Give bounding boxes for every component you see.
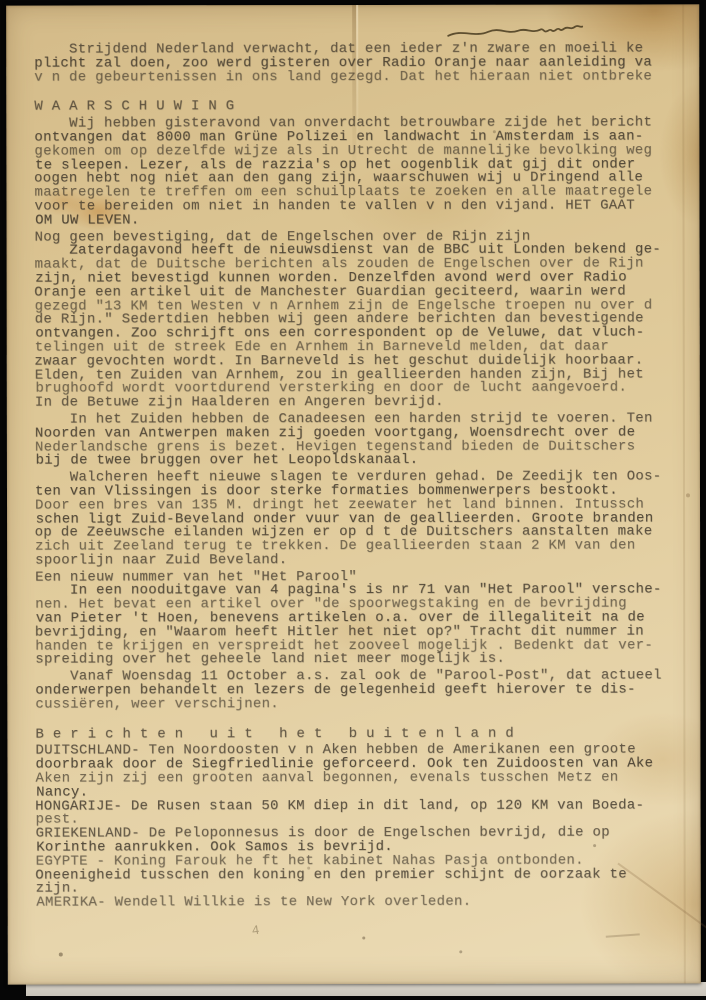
text-line: spoorlijn naar Zuid Beveland. bbox=[35, 553, 685, 568]
paragraph: Strijdend Nederland verwacht, dat een ie… bbox=[34, 42, 684, 85]
text-line: W A A R S C H U W I N G bbox=[34, 100, 684, 115]
paragraph: In het Zuiden hebben de Canadeesen een h… bbox=[35, 412, 685, 468]
typewritten-text: Strijdend Nederland verwacht, dat een ie… bbox=[34, 42, 686, 913]
text-line: bij de twee bruggen over het Leopoldskan… bbox=[36, 454, 686, 469]
text-line: HONGARIJE- De Rusen staan 50 KM diep in … bbox=[35, 799, 685, 814]
section-heading: W A A R S C H U W I N G bbox=[34, 100, 684, 115]
paragraph: Een nieuw nummer van het "Het Parool" In… bbox=[35, 570, 685, 668]
smudge-mark bbox=[606, 933, 640, 937]
section-heading: B e r i c h t e n u i t h e t b u i t e … bbox=[35, 727, 685, 742]
paragraph: DUITSCHLAND- Ten Noordoosten v n Aken he… bbox=[35, 744, 685, 911]
paper-sheet: 4 Strijdend Nederland verwacht, dat een … bbox=[6, 4, 701, 984]
text-line: spreiding over het geheele land niet mee… bbox=[35, 653, 685, 668]
paragraph: Walcheren heeft nieuwe slagen te verdure… bbox=[35, 471, 685, 569]
scan-background: { "page": { "background_color": "#060606… bbox=[0, 0, 706, 1000]
text-line: B e r i c h t e n u i t h e t b u i t e … bbox=[35, 727, 685, 742]
text-line: Oneenigheid tusschen den koning en den p… bbox=[35, 868, 685, 883]
paragraph: Nog geen bevestiging, dat de Engelschen … bbox=[35, 230, 685, 410]
text-line: Aken zijn zij een grooten aanval begonne… bbox=[35, 771, 685, 786]
paragraph: Vanaf Woensdag 11 October a.s. zal ook d… bbox=[35, 670, 685, 713]
text-line: AMERIKA- Wendell Willkie is te New York … bbox=[36, 896, 686, 911]
text-line: v n de gebeurtenissen in ons land gezegd… bbox=[34, 70, 684, 85]
pencil-mark: 4 bbox=[251, 923, 261, 939]
paragraph: Wij hebben gisteravond van onverdacht be… bbox=[34, 117, 684, 229]
text-line: OM UW LEVEN. bbox=[35, 213, 685, 228]
paper-specks bbox=[6, 6, 8, 8]
text-line: cussiëren, weer verschijnen. bbox=[35, 697, 685, 712]
text-line: In de Betuwe zijn Haalderen en Angeren b… bbox=[35, 396, 685, 411]
